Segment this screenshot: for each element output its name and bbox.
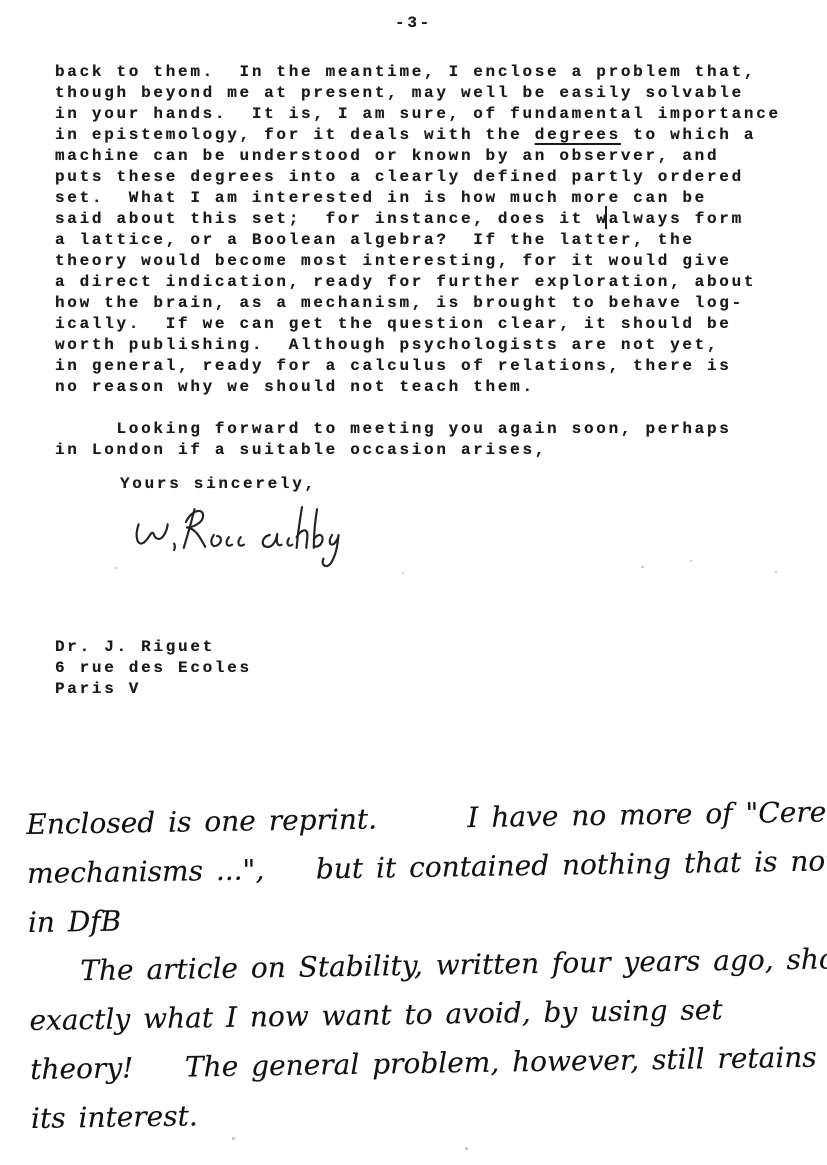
typed-line: theory would become most interesting, fo… xyxy=(55,251,781,272)
typed-text-segment: though beyond me at present, may well be… xyxy=(55,84,744,102)
typed-text-segment: always form xyxy=(609,210,744,228)
letter-page: -3- back to them. In the meantime, I enc… xyxy=(0,0,827,1165)
typed-line: in your hands. It is, I am sure, of fund… xyxy=(55,104,781,125)
scan-speck xyxy=(690,560,692,562)
typed-line: a direct indication, ready for further e… xyxy=(55,272,781,293)
recipient-address: Dr. J. Riguet6 rue des EcolesParis V xyxy=(55,637,252,700)
signature: W. Ross Ashby xyxy=(130,496,345,574)
typed-text-segment: machine can be understood or known by an… xyxy=(55,147,719,165)
typed-line: Looking forward to meeting you again soo… xyxy=(55,419,781,440)
typed-line: machine can be understood or known by an… xyxy=(55,146,781,167)
typed-text-segment: degrees xyxy=(535,126,621,144)
typed-text-segment: in epistemology, for it deals with the xyxy=(55,126,535,144)
scan-speck xyxy=(465,1147,468,1150)
typed-line: worth publishing. Although psychologists… xyxy=(55,335,781,356)
typed-line: a lattice, or a Boolean algebra? If the … xyxy=(55,230,781,251)
typed-text-segment: said about this set; for instance, does … xyxy=(55,210,596,228)
letter-paragraphs: back to them. In the meantime, I enclose… xyxy=(55,62,781,461)
recipient-line: Dr. J. Riguet xyxy=(55,637,252,658)
scan-speck xyxy=(775,571,777,573)
typed-line: though beyond me at present, may well be… xyxy=(55,83,781,104)
typed-text-segment: puts these degrees into a clearly define… xyxy=(55,168,744,186)
typed-line: said about this set; for instance, does … xyxy=(55,209,781,230)
scan-speck xyxy=(115,567,117,569)
typed-text-segment: worth publishing. Although psychologists… xyxy=(55,336,719,354)
typed-text-segment: a direct indication, ready for further e… xyxy=(55,273,756,291)
scan-speck xyxy=(641,566,644,568)
typed-line: no reason why we should not teach them. xyxy=(55,377,781,398)
typed-line: in general, ready for a calculus of rela… xyxy=(55,356,781,377)
typed-text-segment: theory would become most interesting, fo… xyxy=(55,252,732,270)
recipient-line: 6 rue des Ecoles xyxy=(55,658,252,679)
closing-salutation: Yours sincerely, xyxy=(120,474,317,495)
typed-text-segment: no reason why we should not teach them. xyxy=(55,378,535,396)
scan-speck xyxy=(402,572,404,574)
typed-line: ically. If we can get the question clear… xyxy=(55,314,781,335)
scan-speck xyxy=(232,1137,235,1140)
typed-text-segment: ically. If we can get the question clear… xyxy=(55,315,732,333)
typed-text-segment: Looking forward to meeting you again soo… xyxy=(55,420,732,438)
typed-line: back to them. In the meantime, I enclose… xyxy=(55,62,781,83)
typed-text-segment: a lattice, or a Boolean algebra? If the … xyxy=(55,231,695,249)
typed-text-segment: in London if a suitable occasion arises, xyxy=(55,441,547,459)
typed-line: in London if a suitable occasion arises, xyxy=(55,440,781,461)
letter-paragraph: back to them. In the meantime, I enclose… xyxy=(55,62,781,398)
typed-line: set. What I am interested in is how much… xyxy=(55,188,781,209)
typed-line: puts these degrees into a clearly define… xyxy=(55,167,781,188)
handwritten-note: Enclosed is one reprint. I have no more … xyxy=(26,787,827,1143)
recipient-line: Paris V xyxy=(55,679,252,700)
typed-text-segment: how the brain, as a mechanism, is brough… xyxy=(55,294,744,312)
typed-text-segment: in general, ready for a calculus of rela… xyxy=(55,357,732,375)
page-number: -3- xyxy=(0,13,827,34)
letter-paragraph: Looking forward to meeting you again soo… xyxy=(55,419,781,461)
typed-text-segment: back to them. In the meantime, I enclose… xyxy=(55,63,756,81)
typed-text-segment: w xyxy=(596,209,608,230)
typed-text-segment: in your hands. It is, I am sure, of fund… xyxy=(55,105,781,123)
typed-line: in epistemology, for it deals with the d… xyxy=(55,125,781,146)
signature-handwriting: W. Ross Ashby xyxy=(130,496,345,574)
typed-line: how the brain, as a mechanism, is brough… xyxy=(55,293,781,314)
typed-text-segment: to which a xyxy=(621,126,756,144)
typed-text-segment: set. What I am interested in is how much… xyxy=(55,189,707,207)
